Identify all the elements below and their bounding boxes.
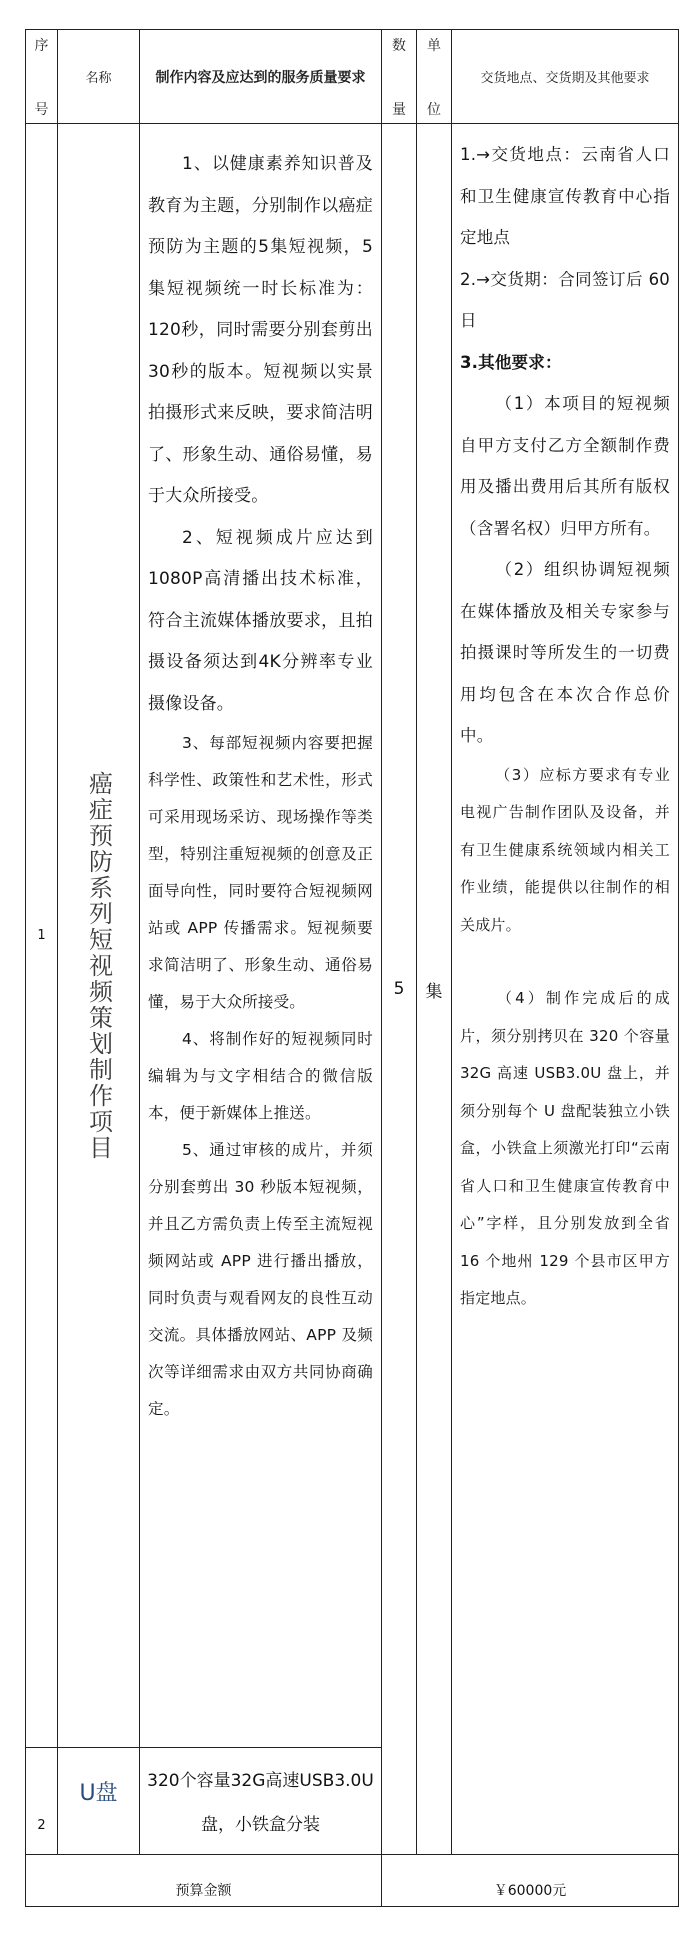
row-1-name-cell: 癌症预防系列短视频策划制作项目: [58, 124, 140, 1748]
row-1-seq: 1: [26, 124, 58, 1748]
budget-row: 预算金额 ￥60000元: [26, 1854, 679, 1906]
header-delivery: 交货地点、交货期及其他要求: [452, 30, 679, 124]
content-paragraph-5: 5、通过审核的成片，并须分别套剪出 30 秒版本短视频，并且乙方需负责上传至主流…: [148, 1132, 373, 1428]
header-name: 名称: [58, 30, 140, 124]
header-seq-char-1: 序: [35, 35, 49, 55]
header-quantity-char-2: 量: [392, 99, 406, 119]
row-1-quantity: 5: [382, 124, 417, 1854]
header-unit-char-1: 单: [427, 35, 441, 55]
delivery-location: 1.→交货地点：云南省人口和卫生健康宣传教育中心指定地点: [460, 134, 670, 259]
row-1-content: 1、以健康素养知识普及教育为主题，分别制作以癌症预防为主题的5集短视频，5集短视…: [140, 124, 382, 1748]
other-requirements-title: 3.其他要求：: [460, 342, 670, 384]
row-1-name: 癌症预防系列短视频策划制作项目: [87, 771, 111, 1161]
procurement-requirements-table: 序 号 名称 制作内容及应达到的服务质量要求 数 量 单 位 交货地点、交货期及…: [25, 29, 679, 1907]
row-2-content: 320个容量32G高速USB3.0U盘，小铁盒分装: [140, 1748, 382, 1855]
content-paragraph-3: 3、每部短视频内容要把握科学性、政策性和艺术性，形式可采用现场采访、现场操作等类…: [148, 725, 373, 1021]
header-unit: 单 位: [417, 30, 452, 124]
table-row-1: 1 癌症预防系列短视频策划制作项目 1、以健康素养知识普及教育为主题，分别制作以…: [26, 124, 679, 1748]
row-1-unit: 集: [417, 124, 452, 1854]
header-seq: 序 号: [26, 30, 58, 124]
header-row: 序 号 名称 制作内容及应达到的服务质量要求 数 量 单 位 交货地点、交货期及…: [26, 30, 679, 124]
requirement-1: （1）本项目的短视频自甲方支付乙方全额制作费用及播出费用后其所有版权（含署名权）…: [460, 383, 670, 549]
header-quantity: 数 量: [382, 30, 417, 124]
budget-label: 预算金额: [26, 1854, 382, 1906]
requirement-3: （3）应标方要求有专业电视广告制作团队及设备，并有卫生健康系统领域内相关工作业绩…: [460, 757, 670, 945]
row-2-name: U盘: [58, 1748, 140, 1855]
row-1-delivery: 1.→交货地点：云南省人口和卫生健康宣传教育中心指定地点 2.→交货期：合同签订…: [452, 124, 679, 1854]
requirement-2: （2）组织协调短视频在媒体播放及相关专家参与拍摄课时等所发生的一切费用均包含在本…: [460, 549, 670, 757]
content-paragraph-1: 1、以健康素养知识普及教育为主题，分别制作以癌症预防为主题的5集短视频，5集短视…: [148, 144, 373, 518]
budget-amount: ￥60000元: [382, 1854, 679, 1906]
header-content: 制作内容及应达到的服务质量要求: [140, 30, 382, 124]
delivery-period: 2.→交货期：合同签订后 60 日: [460, 259, 670, 342]
header-seq-char-2: 号: [35, 99, 49, 119]
content-paragraph-4: 4、将制作好的短视频同时编辑为与文字相结合的微信版本，便于新媒体上推送。: [148, 1021, 373, 1132]
content-paragraph-2: 2、短视频成片应达到1080P高清播出技术标准，符合主流媒体播放要求，且拍摄设备…: [148, 518, 373, 726]
row-2-seq: 2: [26, 1748, 58, 1855]
header-quantity-char-1: 数: [392, 35, 406, 55]
header-unit-char-2: 位: [427, 99, 441, 119]
requirement-4: （4）制作完成后的成片，须分别拷贝在 320 个容量 32G 高速 USB3.0…: [460, 980, 670, 1318]
